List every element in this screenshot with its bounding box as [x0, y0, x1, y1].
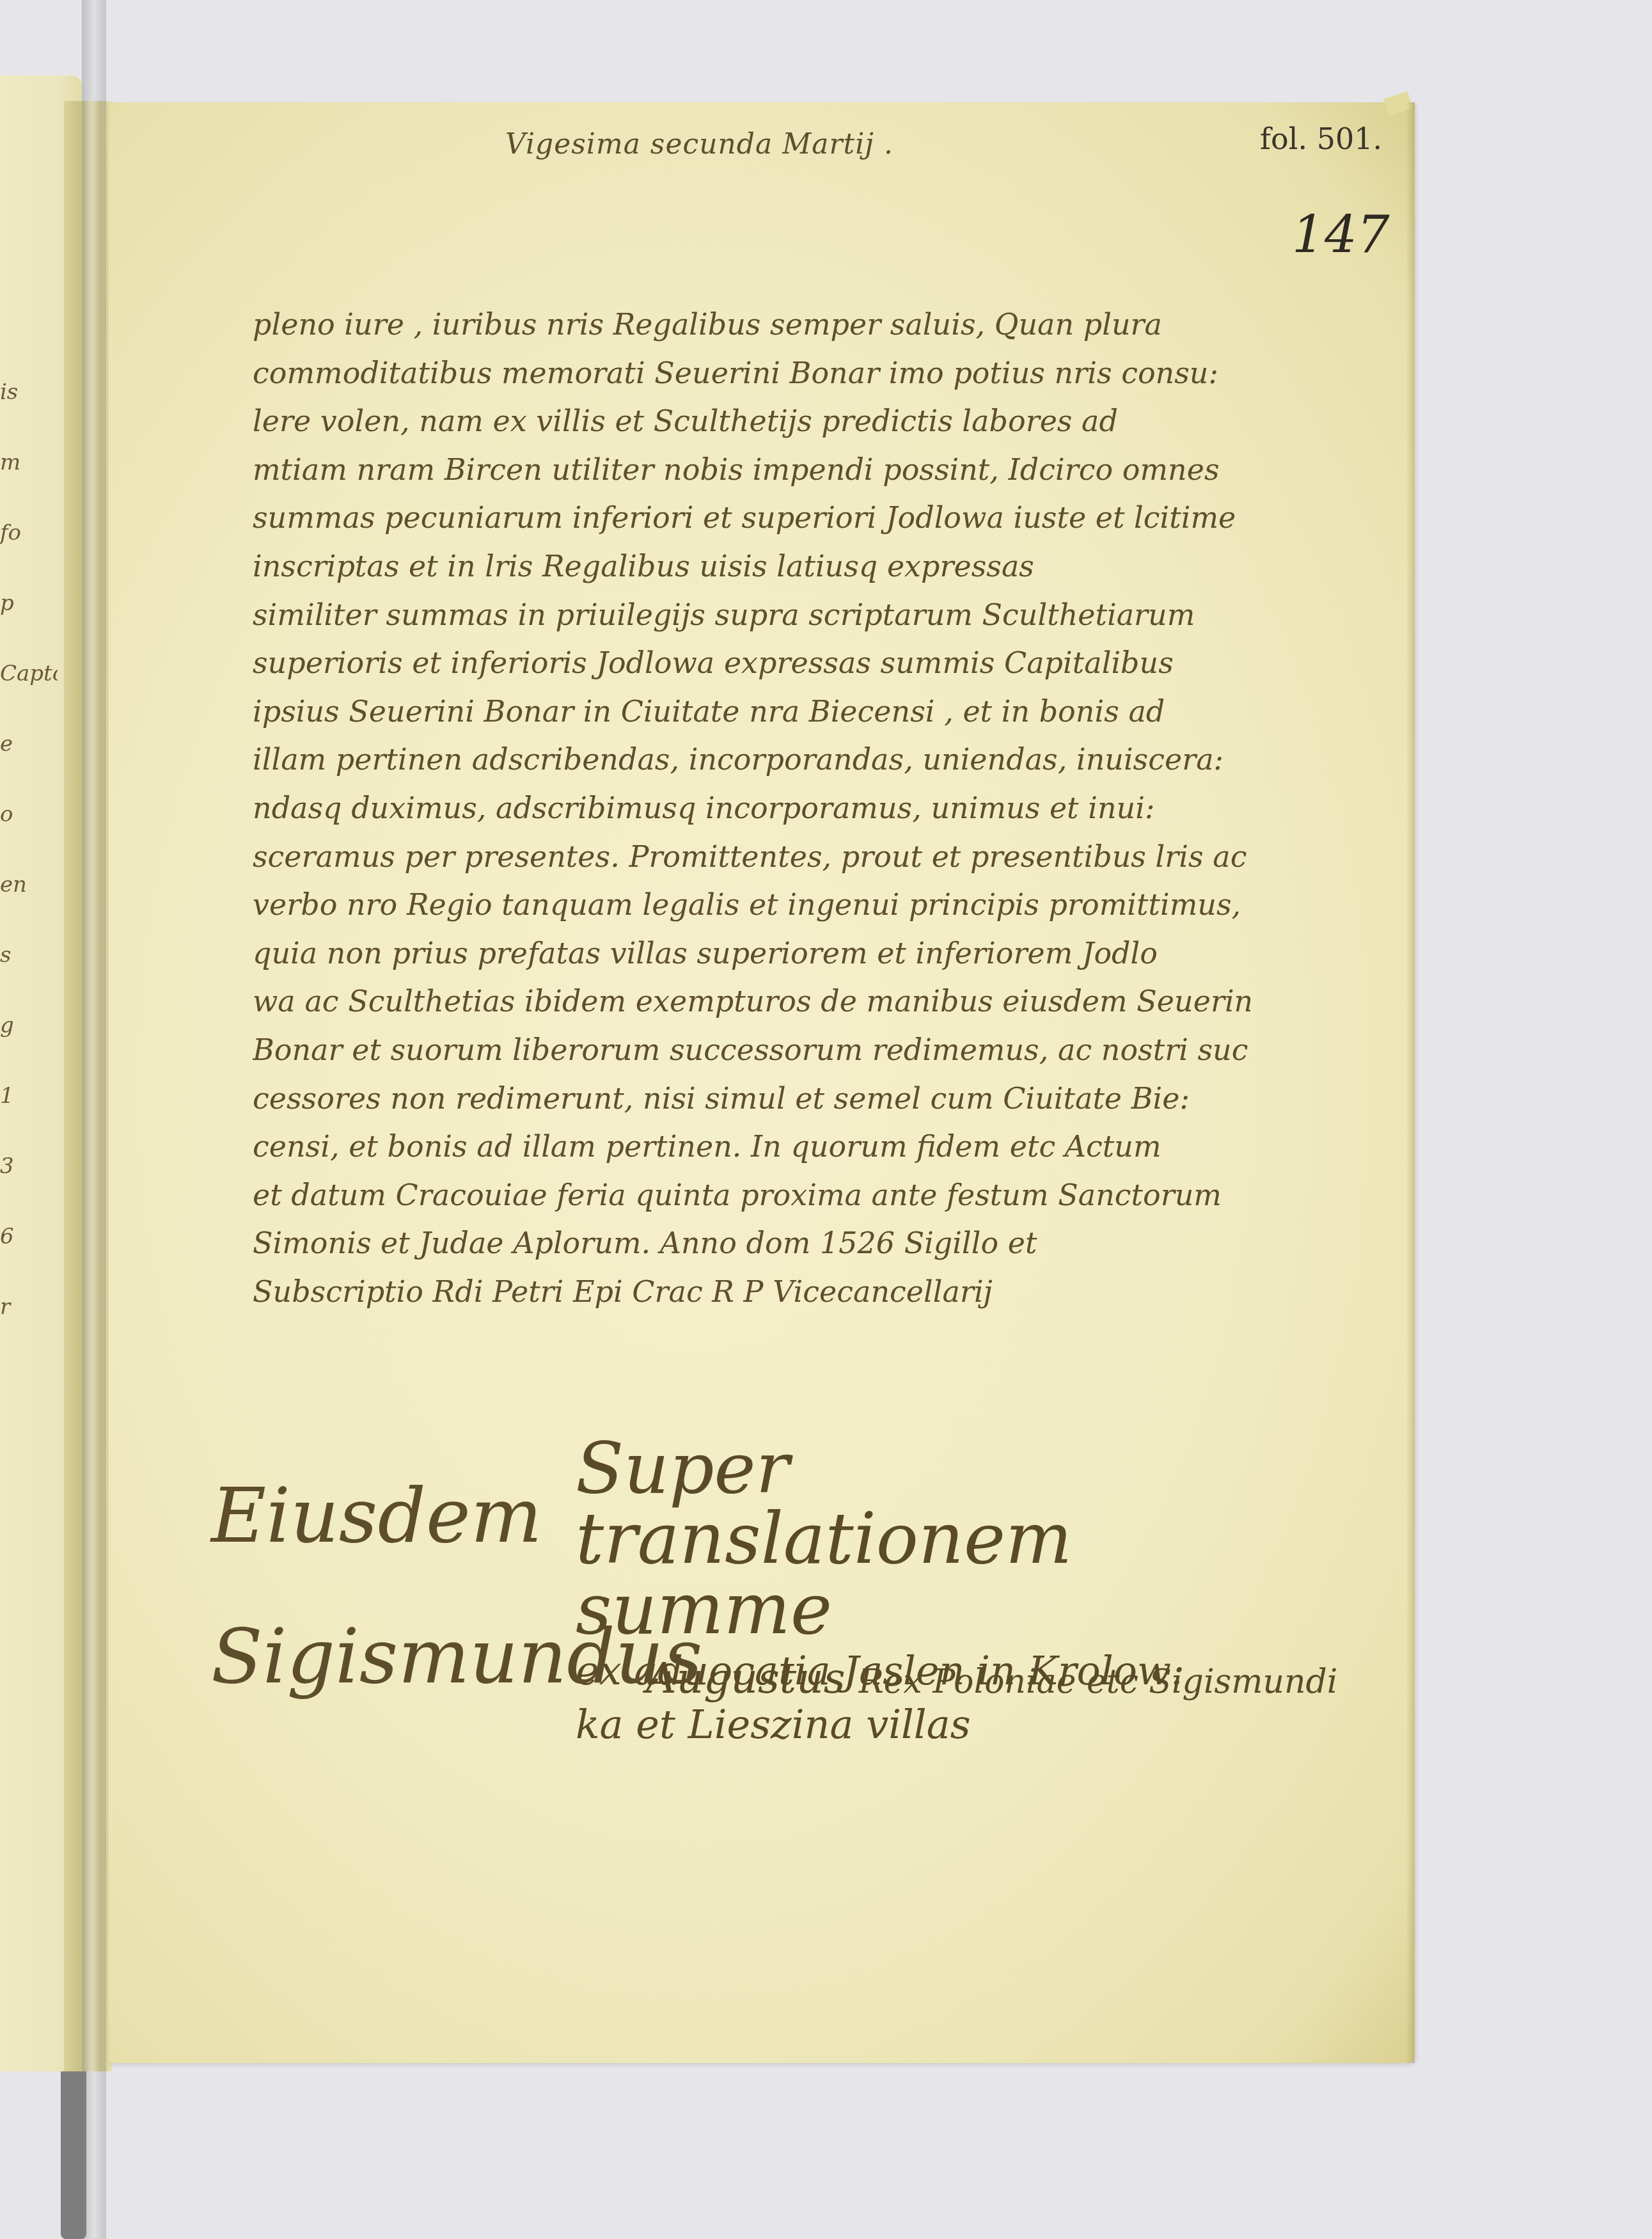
margin-note: Capto — [0, 638, 58, 709]
opening-line-word: Augustus — [646, 1654, 846, 1703]
text-line: pleno iure , iuribus nris Regalibus semp… — [253, 301, 1250, 349]
text-line: similiter summas in priuilegijs supra sc… — [253, 591, 1250, 640]
margin-note: r — [0, 1272, 58, 1342]
text-line: Simonis et Judae Aplorum. Anno dom 1526 … — [253, 1219, 1250, 1268]
margin-note: fo — [0, 498, 58, 568]
text-line: censi, et bonis ad illam pertinen. In qu… — [253, 1123, 1250, 1171]
opening-initial-word: Sigismundus — [211, 1612, 702, 1700]
text-line: cessores non redimerunt, nisi simul et s… — [253, 1075, 1250, 1123]
text-line: ipsius Seuerini Bonar in Ciuitate nra Bi… — [253, 688, 1250, 736]
text-line: verbo nro Regio tanquam legalis et ingen… — [253, 881, 1250, 930]
section-title: Super translationem summe ex aduocatia J… — [576, 1433, 1215, 1752]
text-line: lere volen, nam ex villis et Sculthetijs… — [253, 397, 1250, 446]
margin-note: o — [0, 779, 58, 850]
text-line: ndasq duximus, adscribimusq incorporamus… — [253, 784, 1250, 833]
margin-note: m — [0, 427, 58, 498]
margin-note: g — [0, 990, 58, 1061]
margin-note: 1 — [0, 1061, 58, 1131]
folio-stamp: fol. 501. — [1260, 122, 1382, 156]
text-line: summas pecuniarum inferiori et superiori… — [253, 494, 1250, 542]
text-line: inscriptas et in lris Regalibus uisis la… — [253, 542, 1250, 591]
text-line: Subscriptio Rdi Petri Epi Crac R P Vicec… — [253, 1268, 1250, 1317]
section-heading: Eiusdem — [211, 1471, 542, 1560]
text-line: illam pertinen adscribendas, incorporand… — [253, 736, 1250, 784]
margin-note: p — [0, 568, 58, 638]
margin-note: en — [0, 850, 58, 920]
margin-note: 6 — [0, 1201, 58, 1272]
opening-line-tail: Rex Poloniae etc Sigismundi — [859, 1663, 1338, 1701]
left-page-margin-notes: is m fo p Capto e o en s g 1 3 6 r — [0, 357, 58, 1342]
opening-line: Augustus Rex Poloniae etc Sigismundi — [646, 1654, 1337, 1703]
margin-note: e — [0, 709, 58, 779]
margin-note: is — [0, 357, 58, 427]
header-rubric: Vigesima secunda Martij . — [505, 128, 893, 161]
text-line: superioris et inferioris Jodlowa express… — [253, 639, 1250, 688]
text-line: commoditatibus memorati Seuerini Bonar i… — [253, 349, 1250, 398]
text-line: mtiam nram Bircen utiliter nobis impendi… — [253, 446, 1250, 494]
margin-note: 3 — [0, 1131, 58, 1201]
section-title-line: ka et Lieszina villas — [576, 1698, 1215, 1752]
text-line: Bonar et suorum liberorum successorum re… — [253, 1026, 1250, 1075]
text-line: wa ac Sculthetias ibidem exempturos de m… — [253, 977, 1250, 1026]
folio-number: 147 — [1292, 205, 1390, 264]
text-line: sceramus per presentes. Promittentes, pr… — [253, 833, 1250, 882]
body-text: pleno iure , iuribus nris Regalibus semp… — [253, 301, 1250, 1316]
text-line: et datum Cracouiae feria quinta proxima … — [253, 1171, 1250, 1220]
margin-note: s — [0, 920, 58, 990]
text-line: quia non prius prefatas villas superiore… — [253, 930, 1250, 978]
corner-tear — [1383, 91, 1413, 116]
gutter-fold-shadow — [82, 0, 106, 2239]
